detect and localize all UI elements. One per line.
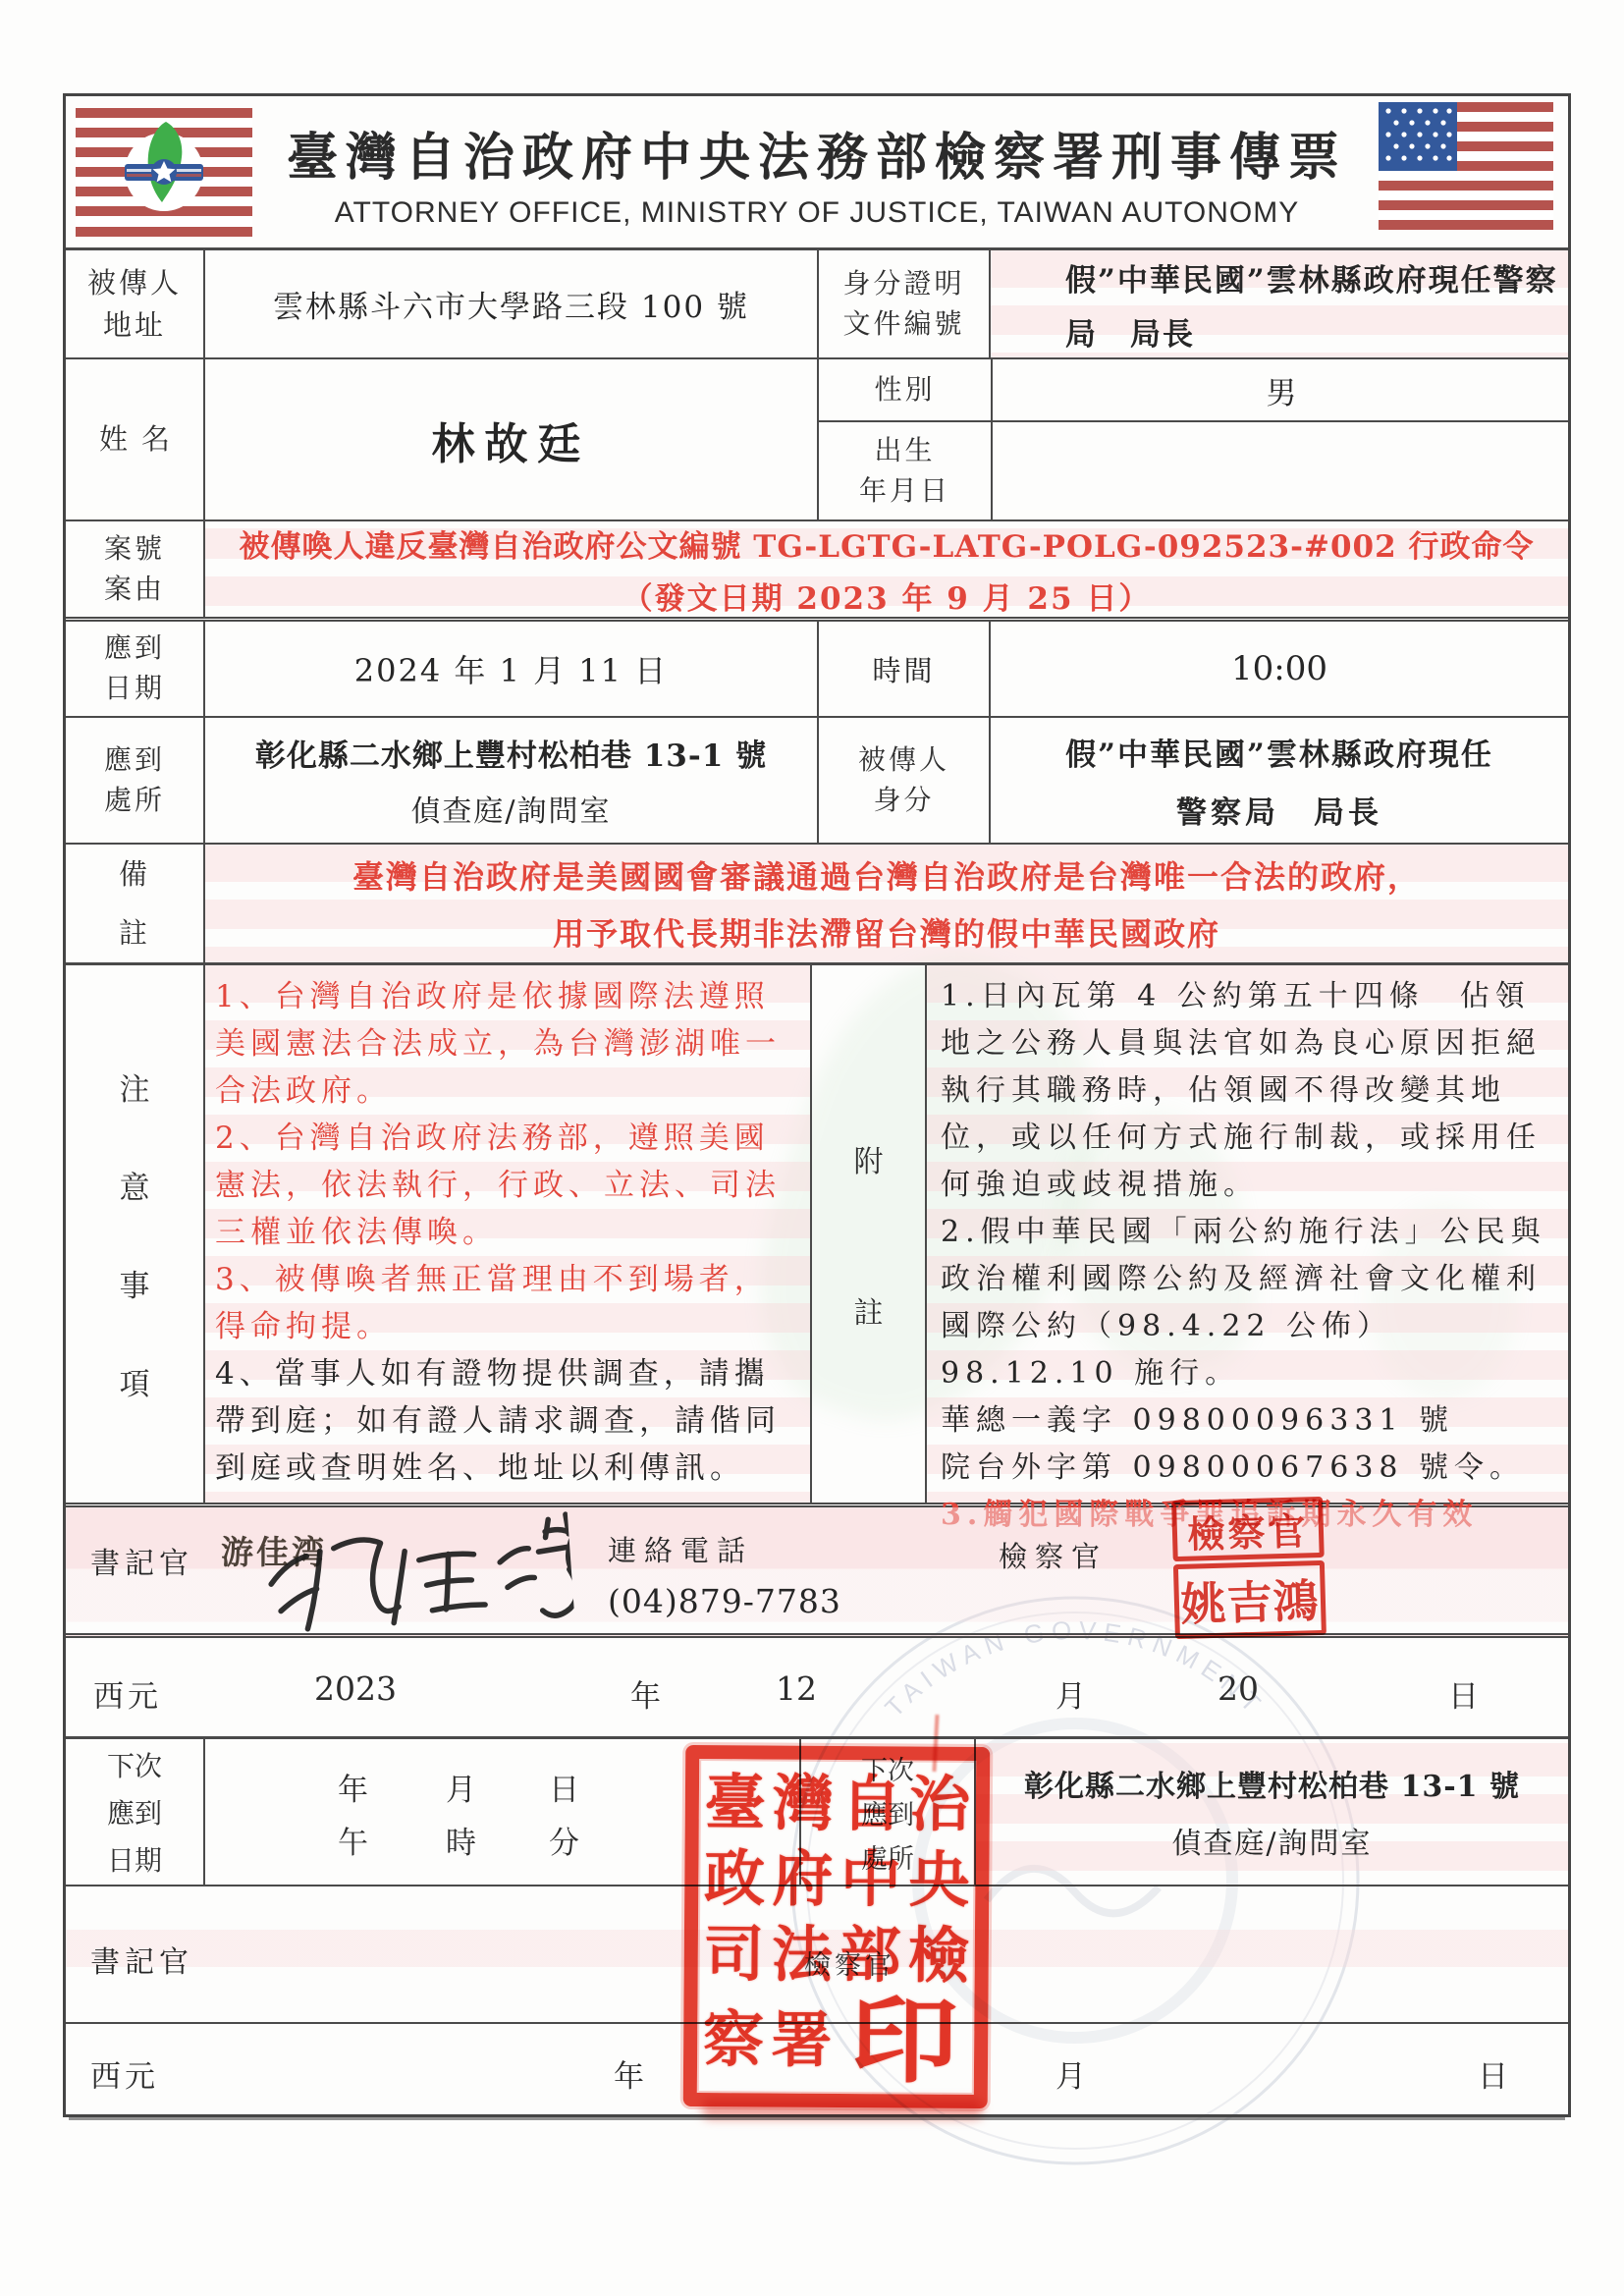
appearance-place-value: 彰化縣二水鄉上豐村松柏巷 13-1 號 偵查庭/詢問室: [203, 718, 817, 843]
remarks-label: 備 註: [66, 845, 203, 962]
appendix-text: 1.日內瓦第 4 公約第五十四條 佔領地之公務人員與法官如為良心原因拒絕執行其職…: [925, 965, 1568, 1503]
issue-year: 2023: [314, 1669, 397, 1708]
footer-year-unit: 年: [614, 2051, 644, 2096]
phone-value: (04)879-7783: [608, 1582, 841, 1620]
issue-day: 20: [1218, 1669, 1259, 1708]
case-label: 案號 案由: [66, 521, 203, 617]
appearance-date-label: 應到 日期: [66, 622, 203, 716]
issue-date-row: 西元 2023 年 12 月 20 日: [66, 1638, 1568, 1739]
gender-birth-stack: 性別 男 出生 年月日: [817, 359, 1568, 519]
next-year-unit: 年: [338, 1765, 368, 1809]
id-document-label: 身分證明 文件編號: [817, 250, 989, 357]
appendix-label: 附 註: [810, 965, 925, 1503]
next-place-value: 彰化縣二水鄉上豐村松柏巷 13-1 號 偵查庭/詢問室: [974, 1739, 1568, 1885]
day-unit: 日: [1448, 1671, 1479, 1716]
clerk-label: 書記官: [90, 1539, 193, 1582]
footer-era-label: 西元: [90, 2051, 159, 2096]
us-flag-icon: [1379, 102, 1553, 230]
prosecutor-label: 檢察官: [999, 1535, 1108, 1575]
clerk-signature: [253, 1506, 575, 1648]
next-hour-unit: 時: [446, 1818, 476, 1862]
next-day-unit: 日: [549, 1765, 579, 1809]
era-label: 西元: [93, 1671, 162, 1716]
birthdate-label: 出生 年月日: [819, 422, 991, 519]
prosecutor-stamp-title: 檢察官: [1171, 1497, 1325, 1561]
document-title-chinese: 臺灣自治政府中央法務部檢察署刑事傳票: [66, 116, 1568, 190]
notes-label: 注 意 事 項: [66, 965, 203, 1503]
summoned-identity-label: 被傳人 身分: [817, 718, 989, 843]
document-header: 臺灣自治政府中央法務部檢察署刑事傳票 ATTORNEY OFFICE, MINI…: [66, 96, 1568, 250]
appearance-date-value: 2024 年 1 月 11 日: [203, 622, 817, 716]
remarks-value: 臺灣自治政府是美國國會審議通過台灣自治政府是台灣唯一合法的政府， 用予取代長期非…: [203, 845, 1568, 962]
prosecutor-name-stamp: 檢察官 姚吉鴻: [1171, 1497, 1326, 1639]
document-title-english: ATTORNEY OFFICE, MINISTRY OF JUSTICE, TA…: [66, 196, 1568, 230]
notes-left-text: 1、台灣自治政府是依據國際法遵照美國憲法合法成立，為台灣澎湖唯一合法政府。 2、…: [203, 965, 810, 1503]
clerk-label-2: 書記官: [90, 1938, 193, 1981]
appearance-place-row: 應到 處所 彰化縣二水鄉上豐村松柏巷 13-1 號 偵查庭/詢問室 被傳人 身分…: [66, 718, 1568, 845]
gender-label: 性別: [819, 359, 991, 420]
clerk-signature-row: 書記官 游佳湾: [66, 1507, 1568, 1638]
summons-document-page: TAIWAN GOVERNMENT 臺灣自治: [0, 0, 1624, 2296]
footer-month-unit: 月: [1056, 2051, 1086, 2096]
recipient-address-row: 被傳人 地址 雲林縣斗六市大學路三段 100 號 身分證明 文件編號 假”中華民…: [66, 250, 1568, 359]
next-minute-unit: 分: [549, 1818, 579, 1862]
summoned-identity-value: 假”中華民國”雲林縣政府現任 警察局 局長: [989, 718, 1568, 843]
phone-label: 連絡電話: [608, 1529, 753, 1569]
year-unit: 年: [630, 1671, 661, 1716]
time-value: 10:00: [989, 622, 1568, 716]
next-date-label: 下次 應到 日期: [66, 1739, 203, 1885]
name-value: 林故廷: [203, 359, 817, 519]
summons-table: 臺灣自治政府中央法務部檢察署刑事傳票 ATTORNEY OFFICE, MINI…: [63, 93, 1571, 2117]
issue-month: 12: [776, 1669, 817, 1708]
appearance-date-row: 應到 日期 2024 年 1 月 11 日 時間 10:00: [66, 622, 1568, 718]
remarks-row: 備 註 臺灣自治政府是美國國會審議通過台灣自治政府是台灣唯一合法的政府， 用予取…: [66, 845, 1568, 965]
next-ampm-unit: 午: [338, 1818, 368, 1862]
birthdate-value: [991, 422, 1570, 519]
id-document-value: 假”中華民國”雲林縣政府現任警察 局 局長: [989, 250, 1568, 357]
name-label: 姓名: [66, 359, 203, 519]
time-label: 時間: [817, 622, 989, 716]
office-seal-stamp: 臺 灣 自 治 政 府 中 央 司 法 部 檢 察 署 印: [683, 1745, 991, 2108]
appearance-place-label: 應到 處所: [66, 718, 203, 843]
footer-day-unit: 日: [1478, 2051, 1508, 2096]
recipient-address-label: 被傳人 地址: [66, 250, 203, 357]
case-row: 案號 案由 被傳喚人違反臺灣自治政府公文編號 TG-LGTG-LATG-POLG…: [66, 521, 1568, 622]
case-value: 被傳喚人違反臺灣自治政府公文編號 TG-LGTG-LATG-POLG-09252…: [203, 521, 1568, 617]
gender-value: 男: [991, 359, 1570, 420]
name-row: 姓名 林故廷 性別 男 出生 年月日: [66, 359, 1568, 521]
notes-row: 注 意 事 項 1、台灣自治政府是依據國際法遵照美國憲法合法成立，為台灣澎湖唯一…: [66, 965, 1568, 1507]
prosecutor-stamp-name: 姚吉鴻: [1173, 1560, 1326, 1639]
month-unit: 月: [1056, 1671, 1086, 1716]
next-month-unit: 月: [446, 1765, 476, 1809]
recipient-address-value: 雲林縣斗六市大學路三段 100 號: [203, 250, 817, 357]
